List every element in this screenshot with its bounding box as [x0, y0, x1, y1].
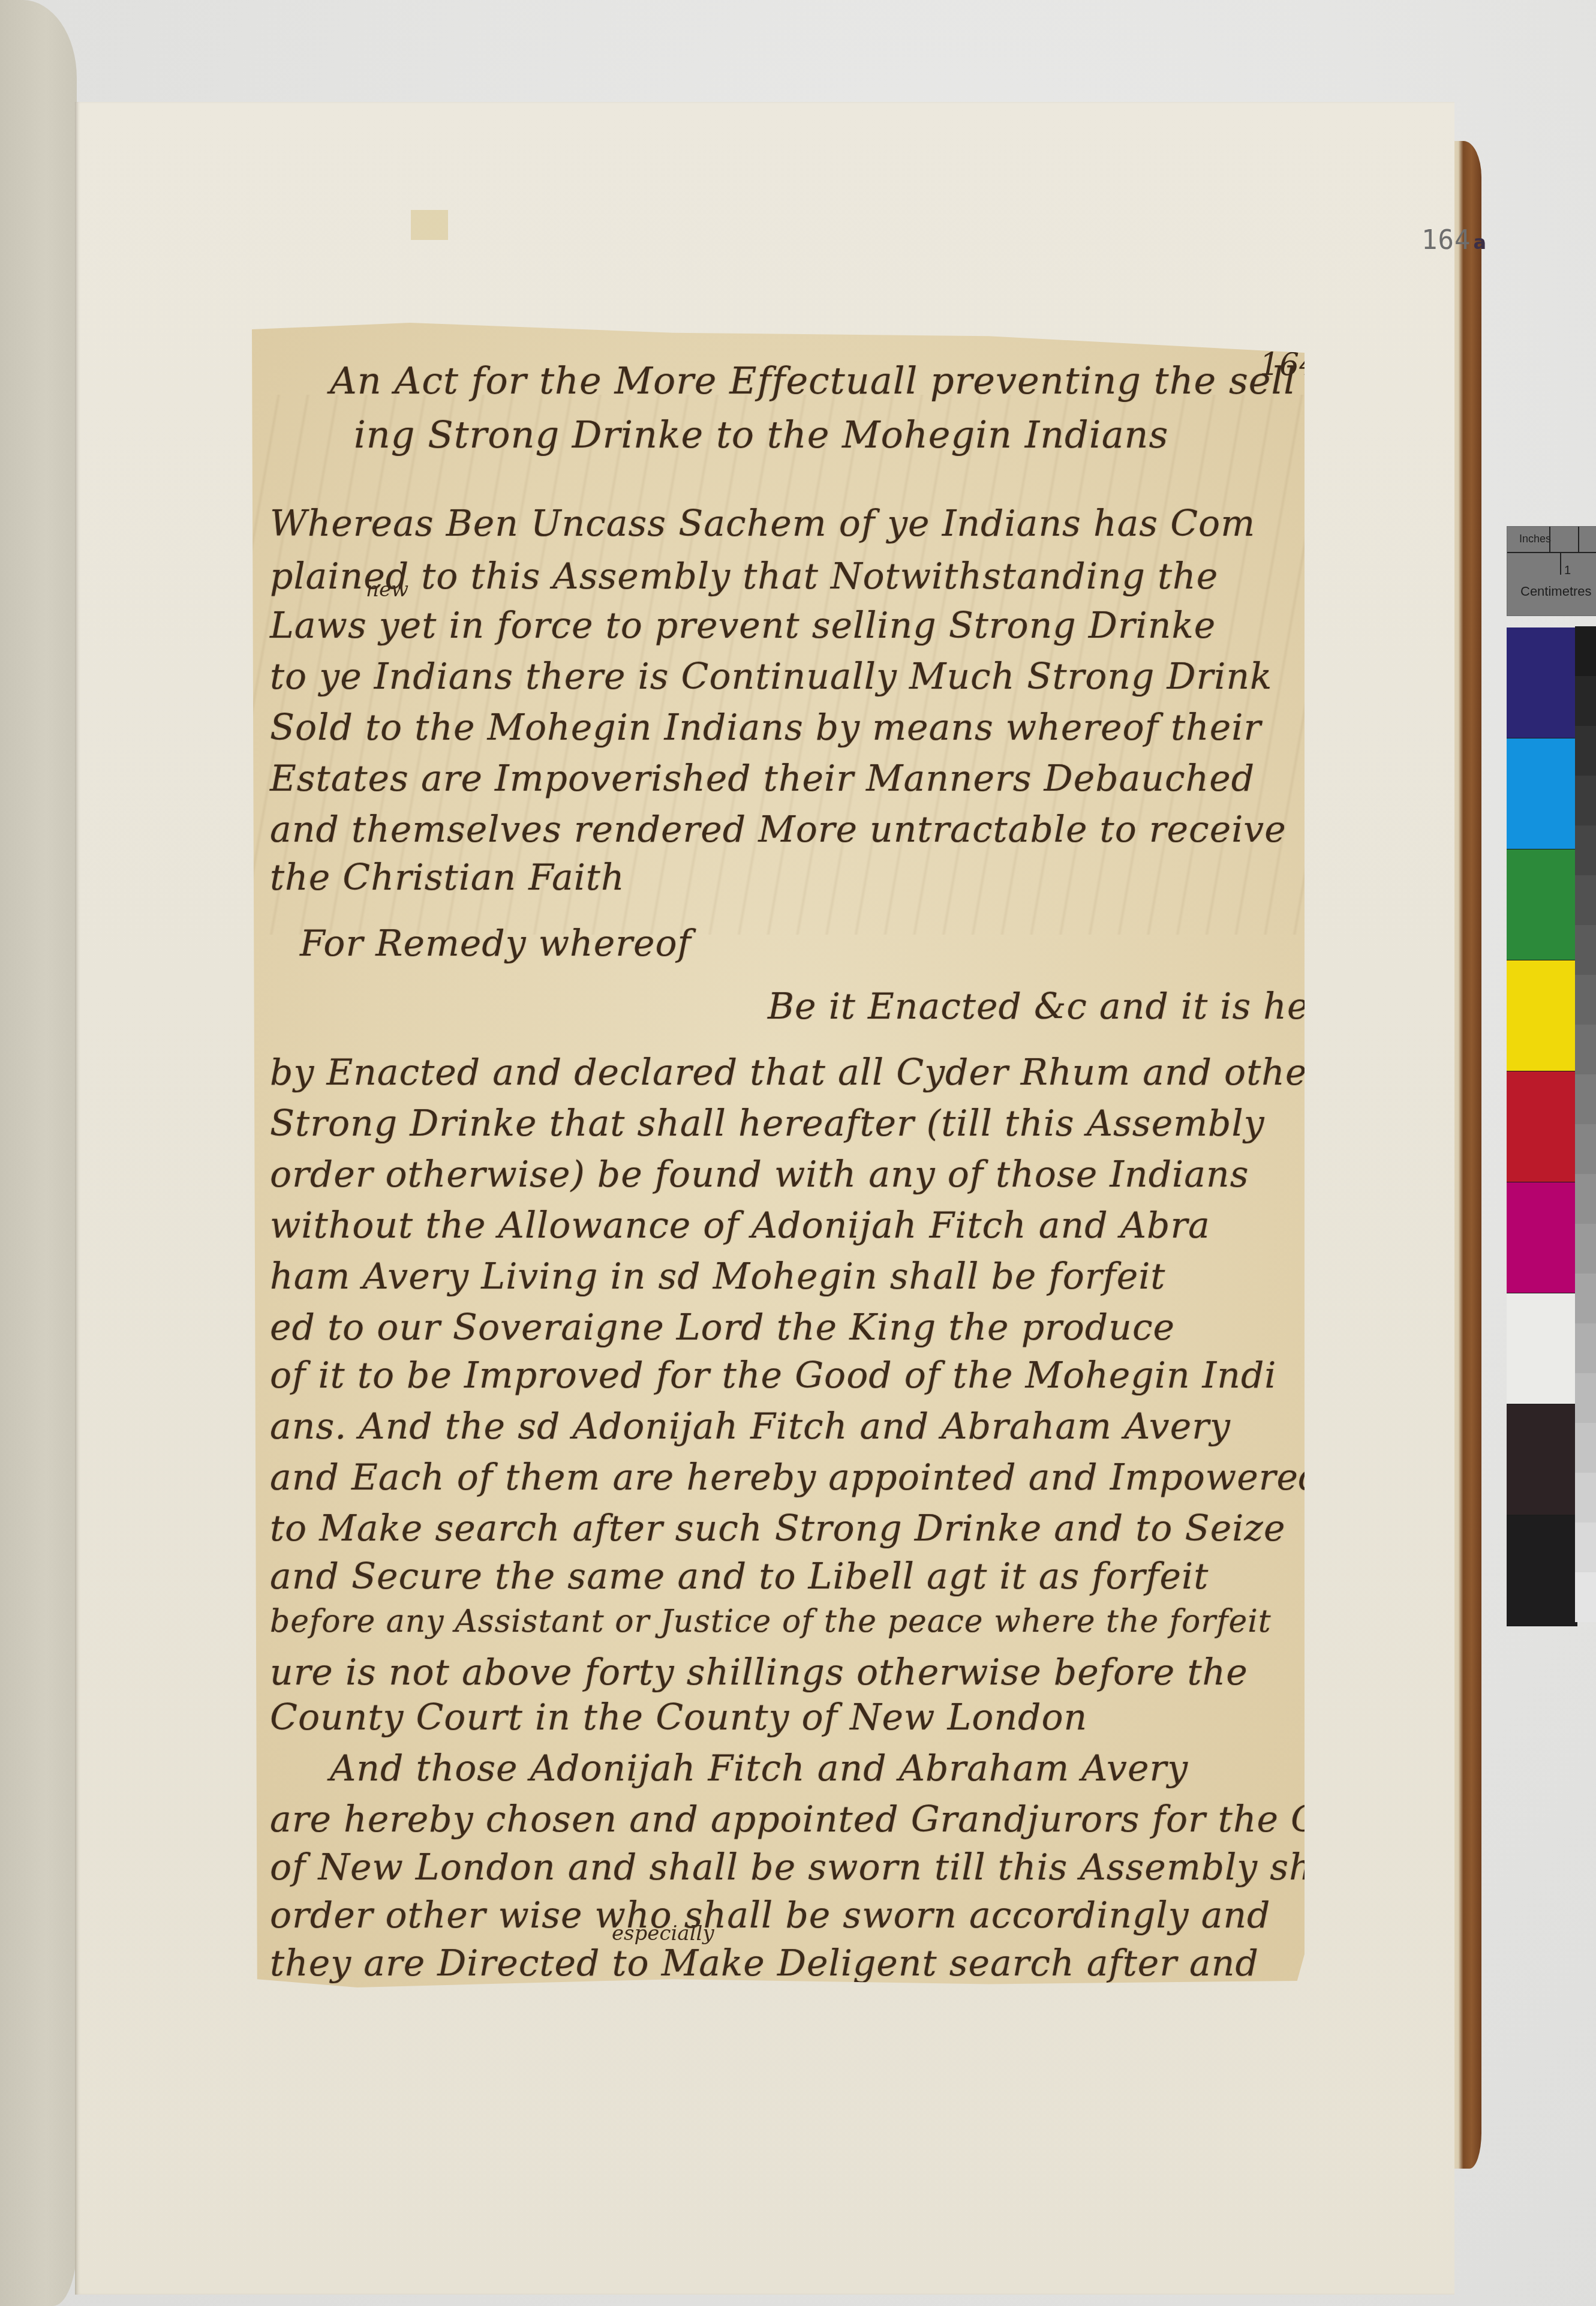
gray-step — [1575, 1473, 1596, 1523]
folio-stamp: 164a — [1421, 225, 1487, 256]
folio-stamp-suffix: a — [1473, 231, 1487, 254]
preamble-line: Laws yet in force to prevent selling Str… — [270, 605, 1216, 647]
ruler-tick — [1549, 527, 1550, 552]
grand-jury-line: are hereby chosen and appointed Grandjur… — [270, 1798, 1424, 1840]
folio-stamp-number: 164 — [1421, 225, 1471, 256]
enacting-line: ham Avery Living in sd Mohegin shall be … — [270, 1256, 1165, 1298]
gray-step — [1575, 1025, 1596, 1074]
preamble-line: to ye Indians there is Continually Much … — [270, 656, 1272, 698]
gray-step — [1575, 875, 1596, 925]
gray-step — [1575, 626, 1596, 676]
gray-step — [1575, 1124, 1596, 1174]
gray-step — [1575, 776, 1596, 825]
ruler-baseline — [1507, 552, 1596, 553]
swatch-red — [1507, 1071, 1577, 1182]
grand-jury-line: they are Directed to Make Deligent searc… — [270, 1942, 1259, 1984]
swatch-yellow — [1507, 960, 1577, 1071]
gray-step — [1575, 1373, 1596, 1423]
ruler-centimetres-label: Centimetres — [1520, 584, 1592, 599]
enacting-line: County Court in the County of New London — [270, 1697, 1087, 1738]
swatch-black — [1507, 1515, 1577, 1626]
enacting-line: Strong Drinke that shall hereafter (till… — [270, 1103, 1265, 1145]
gray-step — [1575, 975, 1596, 1025]
scale-ruler: Inches 1 Centimetres — [1507, 526, 1596, 616]
gray-step — [1575, 1224, 1596, 1274]
preamble-line: plained to this Assembly that Notwithsta… — [270, 556, 1218, 597]
enacting-line: without the Allowance of Adonijah Fitch … — [270, 1205, 1210, 1247]
enacting-line: to Make search after such Strong Drinke … — [270, 1508, 1285, 1550]
swatch-magenta — [1507, 1182, 1577, 1293]
enacting-line: Be it Enacted &c and it is here — [768, 986, 1349, 1028]
grand-jury-line: of New London and shall be sworn till th… — [270, 1846, 1359, 1888]
gray-step — [1575, 1323, 1596, 1373]
remedy-line: For Remedy whereof — [300, 923, 692, 965]
preamble-line: Whereas Ben Uncass Sachem of ye Indians … — [270, 503, 1255, 545]
grayscale-calibration-strip — [1575, 626, 1596, 1622]
gray-step — [1575, 1523, 1596, 1572]
enacting-line: order otherwise) be found with any of th… — [270, 1154, 1249, 1196]
gray-step — [1575, 676, 1596, 726]
swatch-blue — [1507, 627, 1577, 738]
gray-step — [1575, 726, 1596, 776]
curled-facing-page — [0, 0, 77, 2306]
preamble-line: Estates are Impoverished their Manners D… — [270, 758, 1255, 800]
enacting-line: ure is not above forty shillings otherwi… — [270, 1652, 1248, 1694]
enacting-line: ans. And the sd Adonijah Fitch and Abrah… — [270, 1406, 1231, 1448]
gray-step — [1575, 925, 1596, 975]
preamble-line: Sold to the Mohegin Indians by means whe… — [270, 707, 1261, 749]
interlinear-insertion: especially — [612, 1921, 714, 1945]
title-line: ing Strong Drinke to the Mohegin Indians — [354, 413, 1168, 457]
gray-step — [1575, 1074, 1596, 1124]
title-line: An Act for the More Effectuall preventin… — [330, 359, 1296, 403]
enacting-line: by Enacted and declared that all Cyder R… — [270, 1052, 1325, 1094]
enacting-line: of it to be Improved for the Good of the… — [270, 1355, 1277, 1397]
ruler-tick — [1578, 527, 1579, 552]
gray-step — [1575, 1572, 1596, 1622]
enacting-line: before any Assistant or Justice of the p… — [270, 1604, 1272, 1640]
interlinear-insertion: new — [366, 578, 408, 602]
swatch-brown-black — [1507, 1404, 1577, 1515]
manuscript-leaf: 164 An Act for the More Effectuall preve… — [252, 323, 1305, 1987]
swatch-cyan — [1507, 738, 1577, 849]
gray-step — [1575, 1274, 1596, 1323]
ruler-mark-one: 1 — [1564, 564, 1571, 578]
enacting-line: and Secure the same and to Libell agt it… — [270, 1556, 1209, 1598]
ruler-tick — [1560, 553, 1561, 575]
ruler-inches-label: Inches — [1519, 533, 1551, 545]
hinge-tape — [411, 210, 448, 240]
enacting-line: and Each of them are hereby appointed an… — [270, 1457, 1322, 1499]
enacting-line: ed to our Soveraigne Lord the King the p… — [270, 1307, 1175, 1349]
gray-step — [1575, 825, 1596, 875]
swatch-white — [1507, 1293, 1577, 1404]
gray-step — [1575, 1423, 1596, 1473]
gray-step — [1575, 1174, 1596, 1224]
swatch-green — [1507, 849, 1577, 960]
preamble-line: the Christian Faith — [270, 857, 625, 899]
grand-jury-line: And those Adonijah Fitch and Abraham Ave… — [330, 1747, 1188, 1789]
color-calibration-strip — [1507, 627, 1577, 1626]
grand-jury-line: order other wise who shall be sworn acco… — [270, 1894, 1270, 1936]
preamble-line: and themselves rendered More untractable… — [270, 809, 1287, 851]
